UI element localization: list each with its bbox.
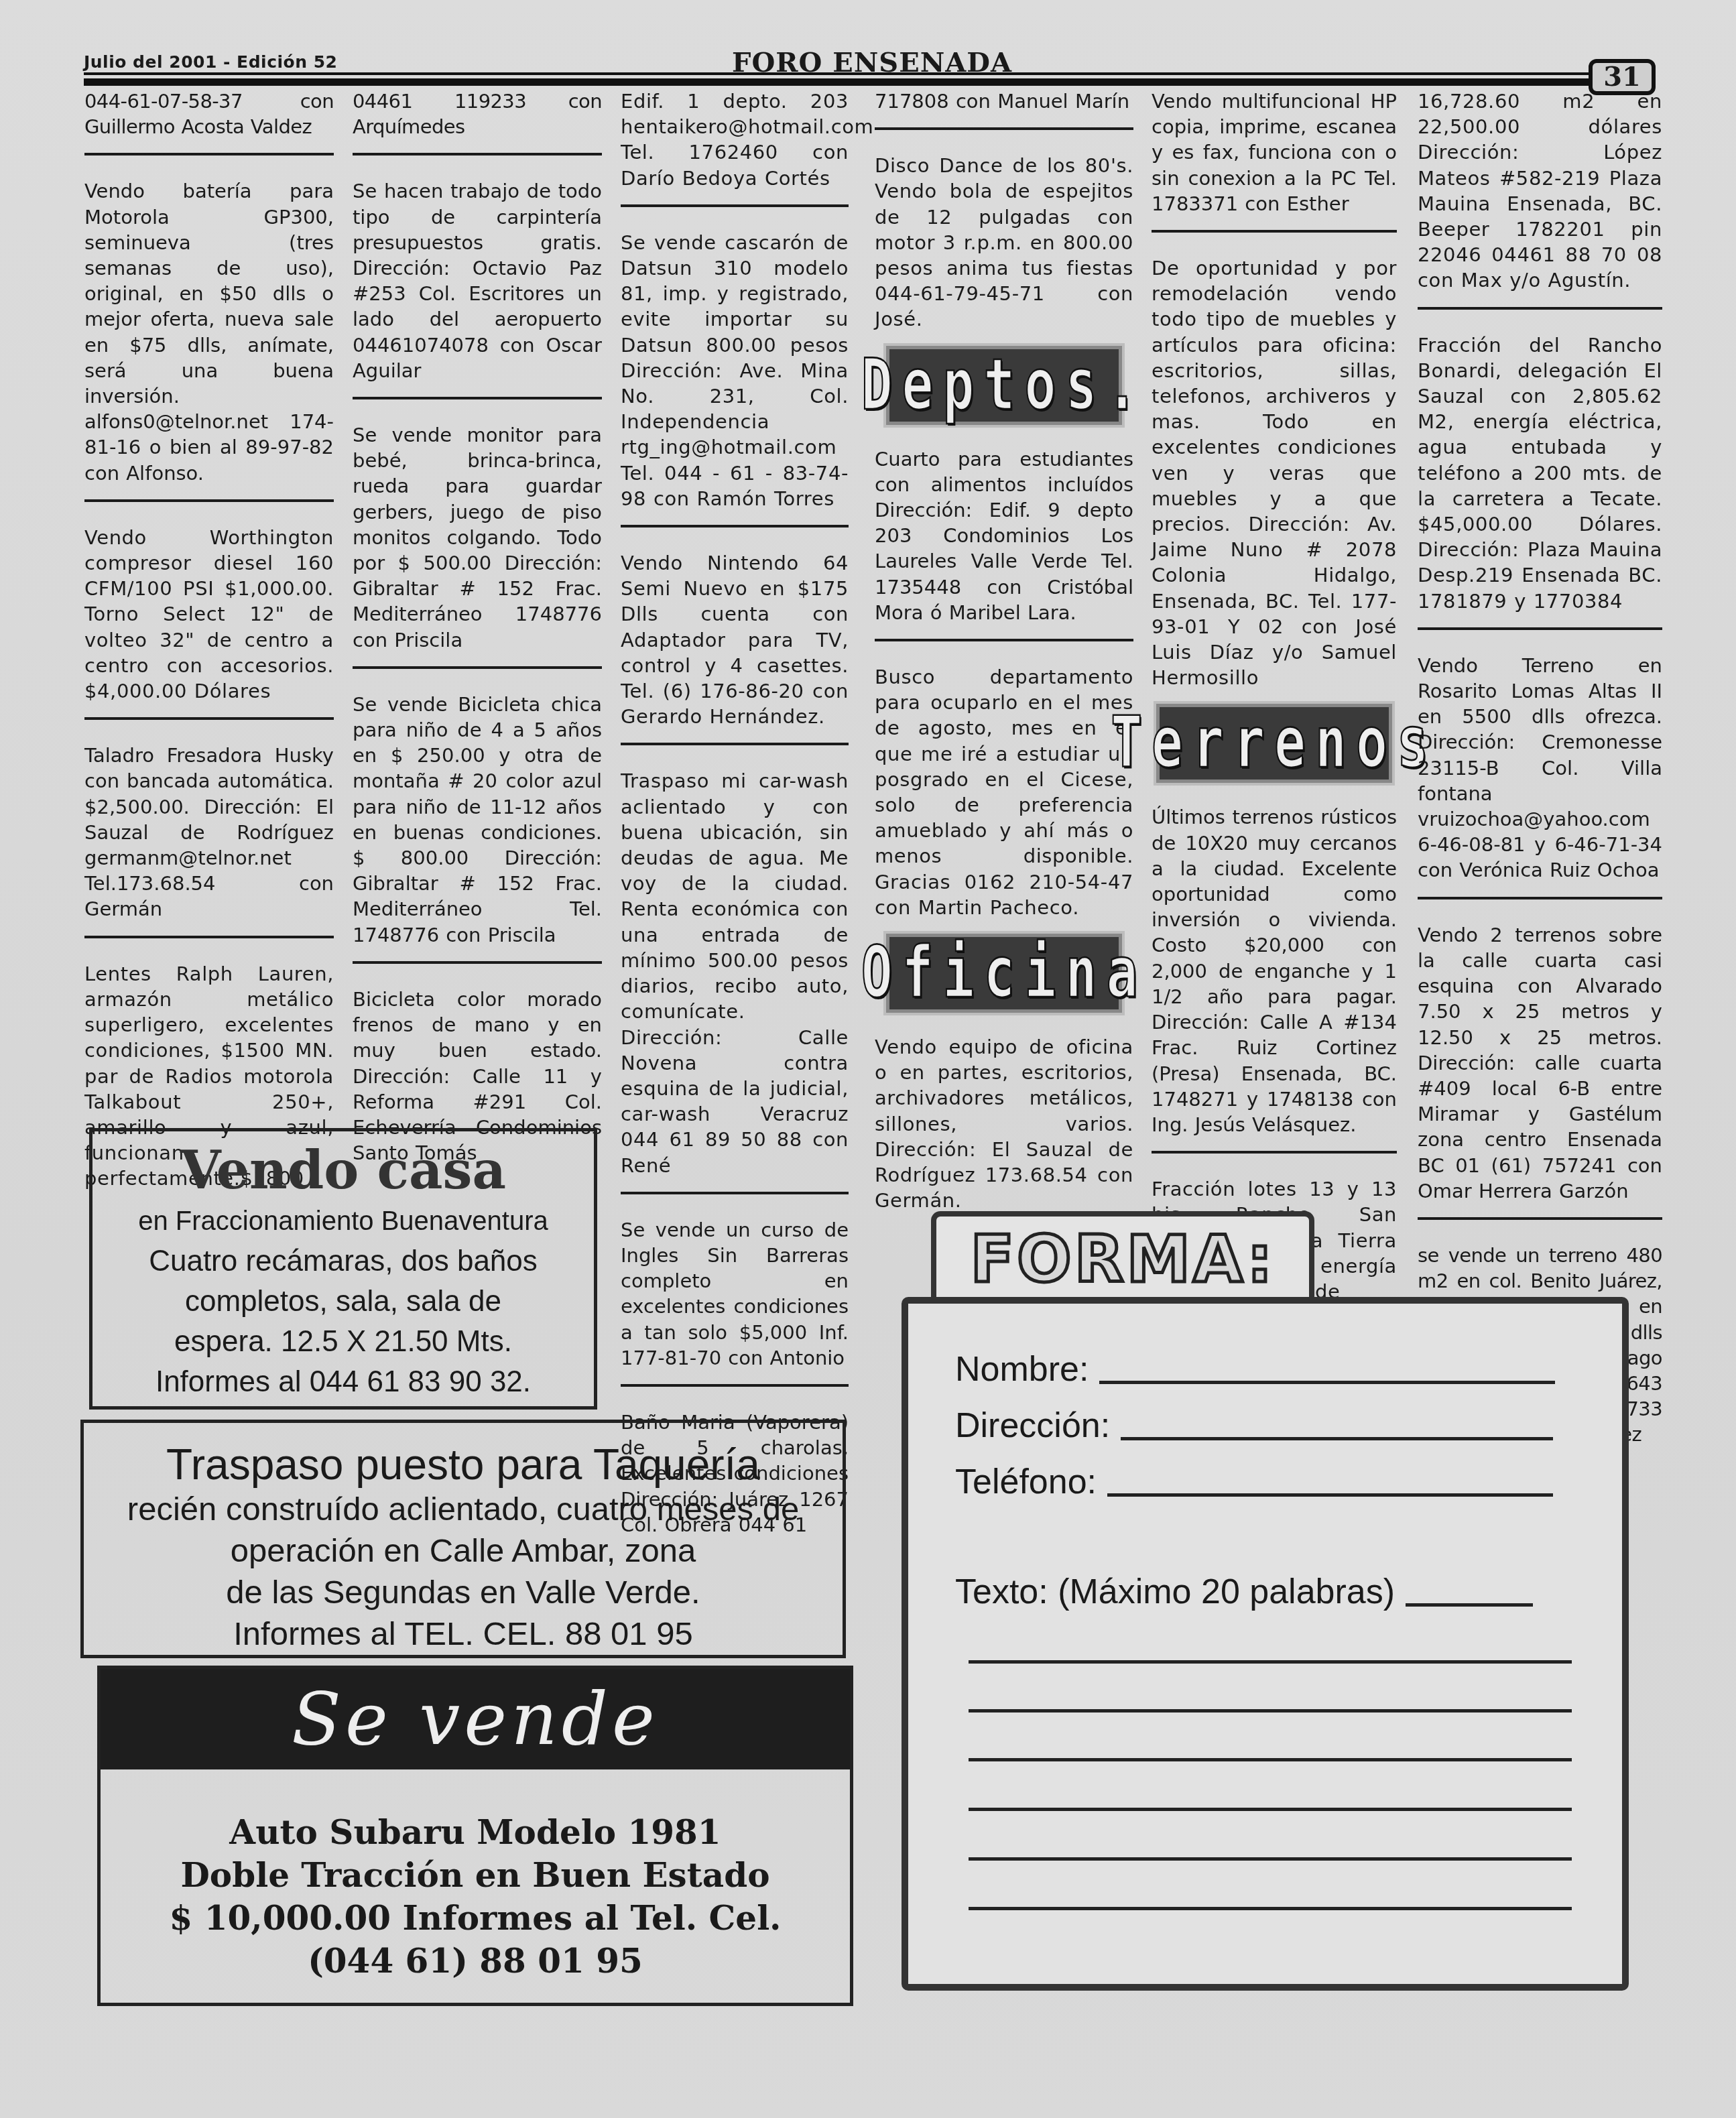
ad-box-header: Se vende (101, 1669, 850, 1769)
ad-box-title: Traspaso puesto para Taquería (84, 1440, 843, 1489)
classified-ad: 717808 con Manuel Marín (875, 88, 1133, 114)
section-banner-terrenos: Terrenos (1156, 704, 1392, 783)
ad-separator (1418, 307, 1662, 310)
nombre-input-line[interactable] (1099, 1381, 1555, 1384)
classified-column-2: 04461 119233 con Arquímedes Se hacen tra… (353, 88, 602, 1179)
ad-separator (621, 1192, 849, 1194)
ad-box-line: en Fraccionamiento Buenaventura (92, 1201, 594, 1241)
classified-ad: Vendo Terreno en Rosarito Lomas Altas II… (1418, 653, 1662, 883)
classified-ad: Edif. 1 depto. 203 hentaikero@hotmail.co… (621, 88, 849, 191)
classified-ad: Vendo multifuncional HP copia, imprime, … (1152, 88, 1397, 216)
classified-ad: Vendo Nintendo 64 Semi Nuevo en $175 Dll… (621, 550, 849, 729)
ad-separator (353, 666, 602, 669)
telefono-input-line[interactable] (1107, 1493, 1553, 1497)
classified-ad: Vendo Worthington compresor diesel 160 C… (84, 525, 334, 704)
ad-box-title: Vendo casa (92, 1141, 594, 1201)
texto-blank-line[interactable] (969, 1660, 1572, 1664)
ad-box-line: Informes al TEL. CEL. 88 01 95 (84, 1613, 843, 1655)
ad-separator (84, 499, 334, 502)
ad-separator (84, 717, 334, 720)
form-field-label: Dirección: (955, 1406, 1110, 1446)
classified-ad: Cuarto para estudiantes con alimentos in… (875, 446, 1133, 625)
classified-column-5: Vendo multifuncional HP copia, imprime, … (1152, 88, 1397, 1318)
section-banner-label: Deptos. (861, 368, 1148, 403)
ad-box-title: Se vende (292, 1678, 659, 1761)
classified-ad: Fracción del Rancho Bonardi, delegación … (1418, 332, 1662, 614)
ad-box-line: Informes al 044 61 83 90 32. (92, 1362, 594, 1402)
header-rule-thick (84, 78, 1595, 86)
ad-separator (353, 153, 602, 155)
ad-separator (1418, 897, 1662, 899)
ad-box-se-vende-auto: Se vende Auto Subaru Modelo 1981 Doble T… (97, 1666, 853, 2006)
classified-column-3: Edif. 1 depto. 203 hentaikero@hotmail.co… (621, 88, 849, 1551)
newspaper-page: Julio del 2001 - Edición 52 FORO ENSENAD… (0, 0, 1736, 2118)
texto-blank-line[interactable] (969, 1857, 1572, 1861)
classified-column-1: 044-61-07-58-37 con Guillermo Acosta Val… (84, 88, 334, 1205)
ad-separator (1418, 1217, 1662, 1220)
ad-box-line: de las Segundas en Valle Verde. (84, 1572, 843, 1613)
classified-ad: Se vende cascarón de Datsun 310 modelo 8… (621, 230, 849, 511)
texto-blank-line[interactable] (969, 1808, 1572, 1811)
classified-ad: Se vende monitor para bebé, brinca-brinc… (353, 422, 602, 653)
direccion-input-line[interactable] (1121, 1437, 1553, 1440)
classified-ad: Se vende un curso de Ingles Sin Barreras… (621, 1217, 849, 1371)
ad-separator (1152, 230, 1397, 233)
form-field-direccion: Dirección: (955, 1406, 1553, 1446)
form-field-label: Texto: (Máximo 20 palabras) (955, 1572, 1395, 1612)
ad-separator (353, 961, 602, 964)
texto-blank-line[interactable] (969, 1907, 1572, 1910)
ad-box-line: Auto Subaru Modelo 1981 (101, 1811, 850, 1854)
ad-box-body: Auto Subaru Modelo 1981 Doble Tracción e… (101, 1769, 850, 1983)
ad-separator (84, 153, 334, 155)
header-rule-thin (84, 72, 1595, 75)
texto-input-line[interactable] (1406, 1603, 1533, 1607)
ad-separator (1152, 1151, 1397, 1154)
ad-separator (875, 127, 1133, 130)
ad-separator (84, 936, 334, 938)
classified-ad: Disco Dance de los 80's. Vendo bola de e… (875, 153, 1133, 332)
ad-separator (621, 743, 849, 745)
section-banner-deptos: Deptos. (886, 346, 1122, 425)
form-field-label: Teléfono: (955, 1462, 1097, 1502)
form-title: FORMA: (970, 1222, 1275, 1297)
ad-box-line: espera. 12.5 X 21.50 Mts. (92, 1322, 594, 1362)
texto-blank-line[interactable] (969, 1758, 1572, 1761)
form-field-telefono: Teléfono: (955, 1462, 1553, 1502)
section-banner-oficina: Oficina (886, 934, 1122, 1013)
ad-separator (1418, 627, 1662, 630)
classified-ad: 044-61-07-58-37 con Guillermo Acosta Val… (84, 88, 334, 139)
classified-ad: Taladro Fresadora Husky con bancada auto… (84, 743, 334, 922)
ad-box-line: $ 10,000.00 Informes al Tel. Cel. (101, 1897, 850, 1940)
classified-ad: Vendo batería para Motorola GP300, semin… (84, 178, 334, 485)
classified-ad: Últimos terrenos rústicos de 10X20 muy c… (1152, 804, 1397, 1137)
ad-separator (621, 204, 849, 207)
form-field-nombre: Nombre: (955, 1349, 1555, 1389)
classified-ad: Se hacen trabajo de todo tipo de carpint… (353, 178, 602, 383)
classified-ad: Se vende Bicicleta chica para niño de 4 … (353, 692, 602, 948)
classified-ad: Vendo 2 terrenos sobre la calle cuarta c… (1418, 922, 1662, 1204)
ad-separator (621, 525, 849, 527)
classified-column-4: 717808 con Manuel Marín Disco Dance de l… (875, 88, 1133, 1227)
ad-box-line: operación en Calle Ambar, zona (84, 1530, 843, 1572)
submission-form: Nombre: Dirección: Teléfono: Texto: (Máx… (902, 1297, 1629, 1991)
form-field-label: Nombre: (955, 1349, 1089, 1389)
section-banner-label: Oficina (861, 956, 1148, 991)
classified-ad: Vendo equipo de oficina o en partes, esc… (875, 1034, 1133, 1213)
classified-ad: Busco departamento para ocuparlo en el m… (875, 664, 1133, 920)
texto-blank-line[interactable] (969, 1709, 1572, 1712)
ad-box-line: (044 61) 88 01 95 (101, 1940, 850, 1983)
ad-box-line: completos, sala, sala de (92, 1282, 594, 1322)
form-title-tab: FORMA: (931, 1211, 1314, 1302)
classified-column-6: 16,728.60 m2 en 22,500.00 dólares Direcc… (1418, 88, 1662, 1461)
ad-box-vendo-casa: Vendo casa en Fraccionamiento Buenaventu… (89, 1128, 597, 1410)
ad-box-traspaso-taqueria: Traspaso puesto para Taquería recién con… (80, 1420, 846, 1658)
ad-separator (353, 397, 602, 399)
classified-ad: Traspaso mi car-wash aclientado y con bu… (621, 768, 849, 1178)
classified-ad: 16,728.60 m2 en 22,500.00 dólares Direcc… (1418, 88, 1662, 294)
ad-separator (621, 1384, 849, 1387)
ad-box-line: Doble Tracción en Buen Estado (101, 1854, 850, 1897)
classified-ad: 04461 119233 con Arquímedes (353, 88, 602, 139)
section-banner-label: Terrenos (1111, 727, 1438, 761)
edition-date: Julio del 2001 - Edición 52 (84, 52, 338, 72)
ad-box-line: recién construído aclientado, cuatro mes… (84, 1489, 843, 1530)
classified-ad: De oportunidad y por remodelación vendo … (1152, 255, 1397, 690)
ad-separator (875, 639, 1133, 641)
ad-box-line: Cuatro recámaras, dos baños (92, 1241, 594, 1282)
form-field-texto: Texto: (Máximo 20 palabras) (955, 1572, 1533, 1612)
